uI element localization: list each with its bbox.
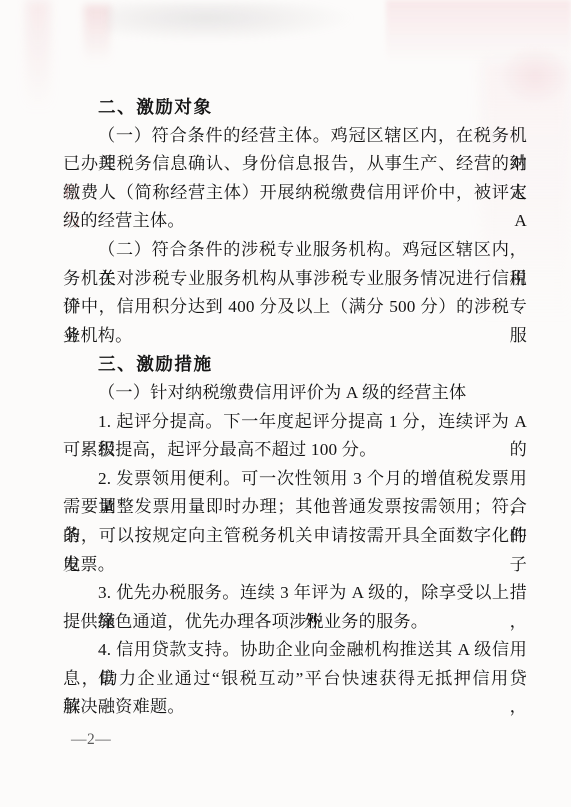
paragraph-line: （二）符合条件的涉税专业服务机构。鸡冠区辖区内，在税 bbox=[63, 236, 527, 265]
paragraph-line: 务机关对涉税专业服务机构从事涉税专业服务情况进行信用评 bbox=[63, 265, 527, 294]
line-text: 缴费人（简称经营主体）开展纳税缴费信用评价中，被评定 bbox=[63, 183, 527, 202]
subsection-heading: （一）针对纳税缴费信用评价为 A 级的经营主体 bbox=[63, 379, 527, 408]
document-body: 二、激励对象 （一）符合条件的经营主体。鸡冠区辖区内，在税务机关对 已办理税务信… bbox=[63, 93, 527, 722]
document-page: 二、激励对象 （一）符合条件的经营主体。鸡冠区辖区内，在税务机关对 已办理税务信… bbox=[0, 0, 571, 807]
paragraph-line: 1. 起评分提高。下一年度起评分提高 1 分，连续评为 A 级的 bbox=[63, 408, 527, 437]
paragraph-line: 4. 信用贷款支持。协助企业向金融机构推送其 A 级信用信 bbox=[63, 636, 527, 665]
paragraph-line: 缴费人（简称经营主体）开展纳税缴费信用评价中，被评定为 A bbox=[63, 179, 527, 208]
page-number: —2— bbox=[71, 730, 111, 750]
scan-pink-streak bbox=[84, 5, 110, 63]
paragraph-line: （一）符合条件的经营主体。鸡冠区辖区内，在税务机关对 bbox=[63, 122, 527, 151]
line-text: 已办理税务信息确认、身份信息报告，从事生产、经营的纳 bbox=[63, 154, 527, 173]
scan-bleedthrough-smudge bbox=[106, 2, 356, 42]
scan-edge-stain bbox=[26, 0, 50, 110]
paragraph-line: 3. 优先办税服务。连续 3 年评为 A 级的，除享受以上措施外， bbox=[63, 579, 527, 608]
paragraph-line: 息，助力企业通过“银税互动”平台快速获得无抵押信用贷款， bbox=[63, 665, 527, 694]
paragraph-line: 2. 发票领用便利。可一次性领用 3 个月的增值税发票用量， bbox=[63, 465, 527, 494]
section-heading: 三、激励措施 bbox=[63, 350, 527, 379]
scan-pink-wash bbox=[386, 0, 571, 62]
paragraph-line: 价中，信用积分达到 400 分及以上（满分 500 分）的涉税专业服 bbox=[63, 293, 527, 322]
section-heading: 二、激励对象 bbox=[63, 93, 527, 122]
paragraph-line: 的，可以按规定向主管税务机关申请按需开具全面数字化的电子 bbox=[63, 522, 527, 551]
paragraph-line: 需要调整发票用量即时办理；其他普通发票按需领用；符合条件 bbox=[63, 493, 527, 522]
line-text: A bbox=[295, 211, 527, 230]
paragraph-line: 已办理税务信息确认、身份信息报告，从事生产、经营的纳税人 bbox=[63, 150, 527, 179]
